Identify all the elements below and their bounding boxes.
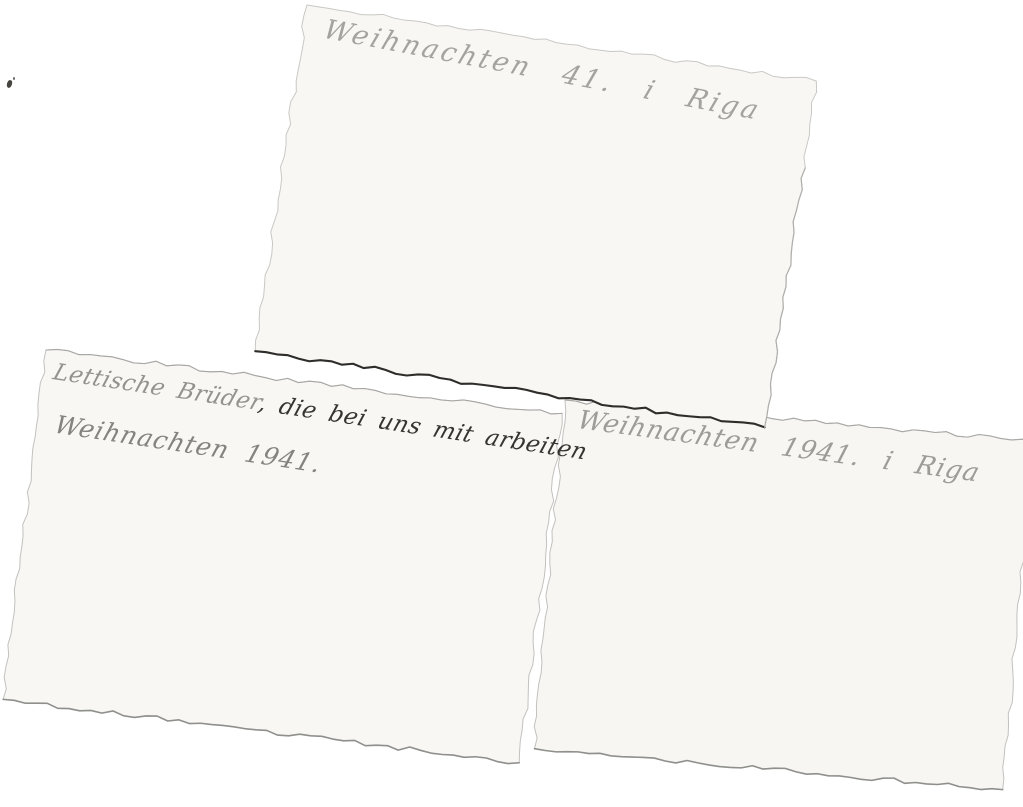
- photo-back-left: Lettische Brüder, die bei uns mit arbeit…: [3, 350, 562, 763]
- photo-back-top: Weihnachten 41. i Riga: [255, 5, 816, 427]
- dust-speck-small: [13, 77, 15, 80]
- photo-back-right: Weihnachten 1941. i Riga: [534, 400, 1023, 790]
- dust-speck: [6, 80, 13, 89]
- scanned-photo-backs-canvas: Weihnachten 41. i Riga Lettische Brüder,…: [0, 0, 1023, 807]
